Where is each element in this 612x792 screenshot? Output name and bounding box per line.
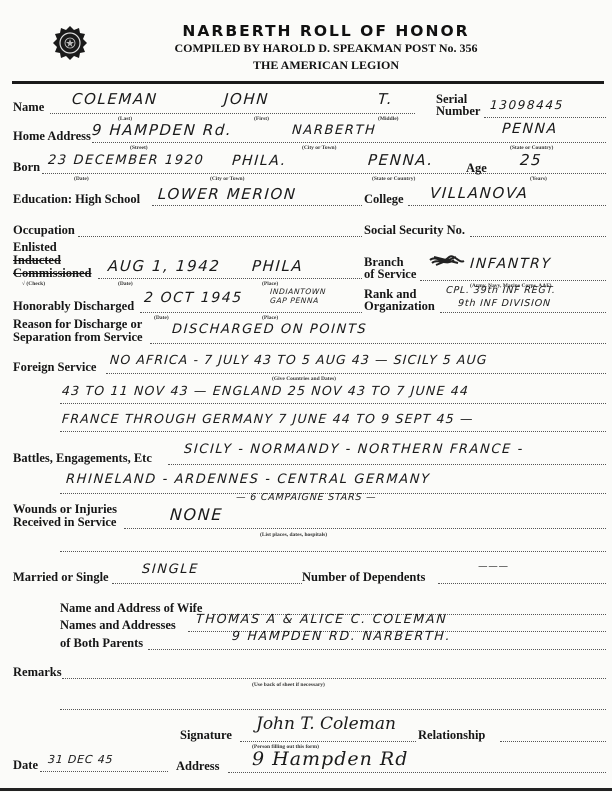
foreign-service-field-3[interactable]: FRANCE THROUGH GERMANY 7 JUNE 44 TO 9 SE… <box>61 411 474 426</box>
serial-field-line <box>484 117 606 118</box>
born-city-hint: (City or Town) <box>210 176 244 182</box>
foreign-hint: (Give Countries and Dates) <box>272 376 336 382</box>
remarks-hint: (Use back of sheet if necessary) <box>252 682 325 688</box>
branch-line <box>420 280 606 281</box>
married-label: Married or Single <box>13 571 109 584</box>
wounds-field[interactable]: NONE <box>169 505 223 524</box>
ssn-line <box>470 236 606 237</box>
ssn-label: Social Security No. <box>364 224 465 237</box>
foreign-service-label: Foreign Service <box>13 361 96 374</box>
discharge-place-field-1[interactable]: INDIANTOWN <box>270 287 327 296</box>
serial-number-field[interactable]: 13098445 <box>490 98 565 112</box>
name-field-line <box>50 113 415 114</box>
discharge-date-field[interactable]: 2 OCT 1945 <box>143 290 243 306</box>
remarks-label: Remarks <box>13 666 62 679</box>
age-label: Age <box>466 162 487 175</box>
high-school-line <box>152 205 362 206</box>
born-label: Born <box>13 161 40 174</box>
dependents-line <box>438 583 606 584</box>
branch-label-2: of Service <box>364 268 416 281</box>
reason-line <box>150 343 606 344</box>
born-date-hint: (Date) <box>74 176 89 182</box>
occupation-label: Occupation <box>13 224 75 237</box>
form-subtitle: COMPILED BY HAROLD D. SPEAKMAN POST No. … <box>0 41 612 56</box>
born-date-field[interactable]: 23 DECEMBER 1920 <box>47 153 204 168</box>
name-label: Name <box>13 101 44 114</box>
wife-label: Name and Address of Wife <box>60 602 202 615</box>
foreign-service-field-2[interactable]: 43 TO 11 NOV 43 — ENGLAND 25 NOV 43 TO 7… <box>61 383 469 398</box>
state-field[interactable]: PENNA <box>501 121 558 137</box>
address-field[interactable]: 9 Hampden Rd <box>252 748 408 770</box>
born-state-field[interactable]: PENNA. <box>367 151 434 169</box>
enlisted-date-field[interactable]: AUG 1, 1942 <box>107 257 221 275</box>
discharged-line <box>140 312 362 313</box>
branch-field[interactable]: INFANTRY <box>469 256 552 272</box>
home-address-label: Home Address <box>13 130 91 143</box>
foreign-line-3 <box>60 431 606 432</box>
date-line <box>40 771 168 772</box>
age-hint: (Years) <box>530 176 547 182</box>
parents-line-2 <box>148 649 606 650</box>
battles-line-1 <box>168 464 606 465</box>
dependents-label: Number of Dependents <box>302 571 425 584</box>
wounds-line-2 <box>60 551 606 552</box>
parents-field-1[interactable]: THOMAS A & ALICE C. COLEMAN <box>195 611 448 626</box>
born-city-field[interactable]: PHILA. <box>231 153 287 169</box>
college-line <box>408 205 606 206</box>
city-field[interactable]: NARBERTH <box>291 123 376 138</box>
born-state-hint: (State or Country) <box>372 176 415 182</box>
college-field[interactable]: VILLANOVA <box>429 184 529 202</box>
parents-field-2[interactable]: 9 HAMPDEN RD. NARBERTH. <box>231 628 452 643</box>
wounds-label-2: Received in Service <box>13 516 116 529</box>
wounds-line-1 <box>124 528 606 529</box>
parents-label-1: Names and Addresses <box>60 619 176 632</box>
signature-line <box>240 741 416 742</box>
form-organization: THE AMERICAN LEGION <box>0 58 612 73</box>
married-line <box>112 583 302 584</box>
parents-label-2: of Both Parents <box>60 637 143 650</box>
battles-label: Battles, Engagements, Etc <box>13 452 152 465</box>
battles-field-2[interactable]: RHINELAND - ARDENNES - CENTRAL GERMANY <box>65 472 431 487</box>
remarks-line-2 <box>60 709 606 710</box>
college-label: College <box>364 193 404 206</box>
high-school-field[interactable]: LOWER MERION <box>157 185 297 203</box>
first-hint: (First) <box>254 116 269 122</box>
foreign-service-field-1[interactable]: NO AFRICA - 7 JULY 43 TO 5 AUG 43 — SICI… <box>109 352 488 367</box>
reason-label-2: Separation from Service <box>13 331 143 344</box>
married-field[interactable]: SINGLE <box>141 562 199 577</box>
enlisted-date-hint: (Date) <box>118 281 133 287</box>
discharge-place-field-2[interactable]: GAP PENNA <box>270 296 320 305</box>
rank-label-2: Organization <box>364 300 435 313</box>
date-label: Date <box>13 759 38 772</box>
wounds-hint: (List places, dates, hospitals) <box>260 532 327 538</box>
rank-field-line-2[interactable]: 9th INF DIVISION <box>458 298 552 309</box>
rank-line <box>440 312 606 313</box>
remarks-line-1 <box>62 678 606 679</box>
serial-label-2: Number <box>436 105 480 118</box>
discharge-date-hint: (Date) <box>154 315 169 321</box>
age-field[interactable]: 25 <box>519 151 543 169</box>
form-title: NARBERTH ROLL OF HONOR <box>0 22 612 40</box>
signature-field[interactable]: John T. Coleman <box>256 714 396 734</box>
signature-label: Signature <box>180 729 232 742</box>
relationship-label: Relationship <box>418 729 485 742</box>
rank-field-line-1[interactable]: CPL. 39th INF REGT. <box>446 285 557 296</box>
battles-field-1[interactable]: SICILY - NORMANDY - NORTHERN FRANCE - <box>183 442 524 457</box>
address-line <box>228 772 606 773</box>
education-label: Education: High School <box>13 193 140 206</box>
scribble-mark-icon <box>428 254 466 268</box>
home-address-line <box>92 142 606 143</box>
street-hint: (Street) <box>130 145 148 151</box>
date-field[interactable]: 31 DEC 45 <box>48 753 114 766</box>
discharge-place-hint: (Place) <box>262 315 278 321</box>
header-rule <box>12 81 604 84</box>
city-hint: (City or Town) <box>302 145 336 151</box>
reason-field[interactable]: DISCHARGED ON POINTS <box>171 322 367 337</box>
battles-field-3[interactable]: — 6 CAMPAIGNE STARS — <box>236 492 377 503</box>
discharged-label: Honorably Discharged <box>13 300 134 313</box>
born-line <box>42 173 606 174</box>
street-field[interactable]: 9 HAMPDEN Rd. <box>91 121 233 139</box>
dependents-field[interactable]: ——— <box>478 561 510 572</box>
check-hint: √ (Check) <box>22 281 45 287</box>
relationship-line <box>500 741 606 742</box>
last-name-field[interactable]: COLEMAN <box>71 90 158 108</box>
middle-name-field[interactable]: T. <box>377 90 394 108</box>
enlisted-place-field[interactable]: PHILA <box>251 257 304 275</box>
commissioned-label: Commissioned <box>13 267 91 280</box>
middle-hint: (Middle) <box>378 116 398 122</box>
enlisted-line <box>98 278 362 279</box>
occupation-line <box>78 236 362 237</box>
foreign-line-2 <box>60 403 606 404</box>
address-label: Address <box>176 760 220 773</box>
footer-rule <box>0 788 612 791</box>
foreign-line-1 <box>106 373 606 374</box>
first-name-field[interactable]: JOHN <box>223 90 269 108</box>
